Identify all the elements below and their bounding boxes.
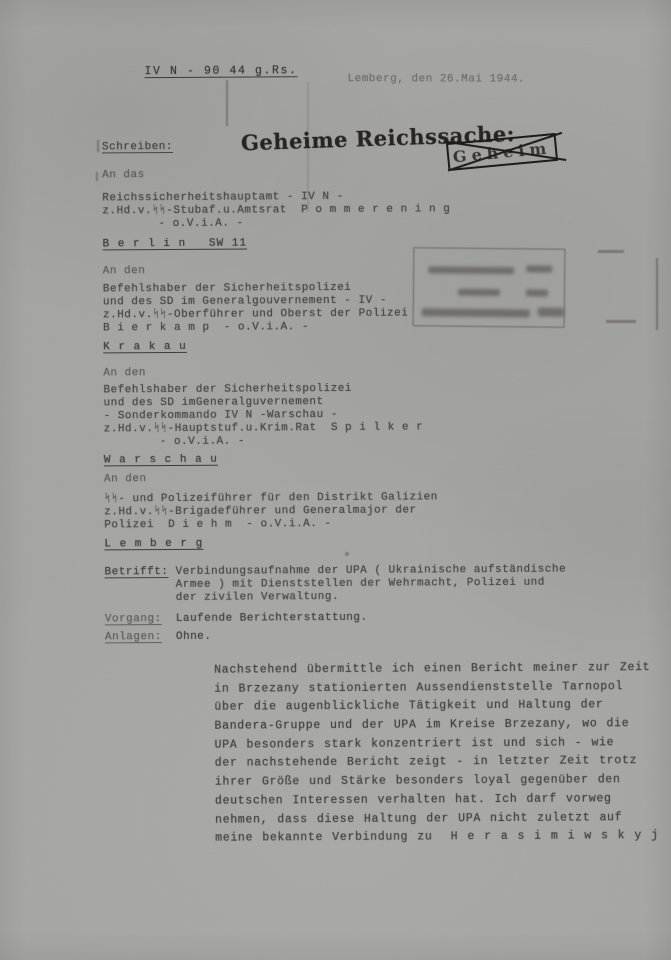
recipient-line: Befehlshaber der Sicherheitspolizei (103, 383, 352, 397)
vorgang-text: Laufende Berichterstattung. (176, 612, 368, 625)
body-line: meine bekannte Verbindung zu H e r a s i… (215, 829, 635, 850)
recipient-salutation: An das (102, 169, 145, 181)
recipient-line: z.Hd.v.ᛋᛋ-Brigadeführer und Generalmajor… (104, 505, 417, 519)
recipient-city: B e r l i n SW 11 (103, 238, 247, 251)
vorgang-label: Vorgang: (105, 613, 162, 625)
recipient-city: W a r s c h a u (104, 454, 218, 467)
recipient-line: - Sonderkommando IV N -Warschau - (104, 409, 338, 422)
body-line: ihrer Größe und Stärke besonders loyal g… (215, 773, 635, 794)
recipient-line: - o.V.i.A. - (160, 436, 245, 449)
recipient-salutation: An den (104, 473, 147, 485)
recipient-salutation: An den (103, 265, 146, 277)
recipient-line: ᛋᛋ- und Polizeiführer für den Distrikt G… (104, 491, 438, 505)
recipient-line: und des SD im Generalgouvernement - IV - (103, 295, 387, 309)
anlagen-label: Anlagen: (105, 631, 162, 643)
recipient-line: Reichssicherheitshauptamt - IV N - (102, 191, 344, 204)
recipient-line: - o.V.i.A. - (158, 218, 243, 231)
anlagen-text: Ohne. (176, 631, 212, 643)
subject-label: Betrifft: (105, 566, 169, 578)
recipient-line: B i e r k a m p - o.V.i.A. - (103, 321, 309, 334)
recipient-line: Befehlshaber der Sicherheitspolizei (103, 282, 352, 296)
recipient-city: L e m b e r g (104, 538, 203, 551)
recipient-line: z.Hd.v.ᛋᛋ-Hauptstuf.u.Krim.Rat S p i l k… (104, 421, 424, 435)
body-line: deutschen Interessen verhalten hat. Ich … (215, 792, 635, 813)
subject-line: Verbindungsaufnahme der UPA ( Ukrainisch… (176, 564, 567, 578)
dateline: Lemberg, den 26.Mai 1944. (348, 73, 526, 85)
recipient-line: z.Hd.v.ᛋᛋ-Oberführer und Oberst der Poli… (103, 308, 408, 322)
body-line: Nachstehend übermittle ich einen Bericht… (214, 661, 634, 682)
doc-type-label: Schreiben: (102, 141, 173, 153)
recipient-salutation: An den (103, 367, 146, 379)
subject-line: der zivilen Verwaltung. (176, 591, 339, 604)
recipient-line: Polizei D i e h m - o.V.i.A. - (104, 518, 331, 531)
recipient-line: z.Hd.v.ᛋᛋ-Stubaf.u.Amtsrat P o m m e r e… (102, 203, 450, 217)
subject-line: Armee ) mit Dienststellen der Wehrmacht,… (176, 577, 545, 591)
body-paragraph: Nachstehend übermittle ich einen Bericht… (214, 661, 635, 850)
scanned-document-page: IV N - 90 44 g.Rs. Lemberg, den 26.Mai 1… (0, 0, 671, 960)
recipient-city: K r a k a u (103, 341, 187, 354)
recipient-line: und des SD imGeneralguvernement (103, 396, 323, 409)
reference-number: IV N - 90 44 g.Rs. (144, 64, 297, 78)
body-line: Bandera-Gruppe und der UPA im Kreise Brz… (214, 717, 634, 738)
